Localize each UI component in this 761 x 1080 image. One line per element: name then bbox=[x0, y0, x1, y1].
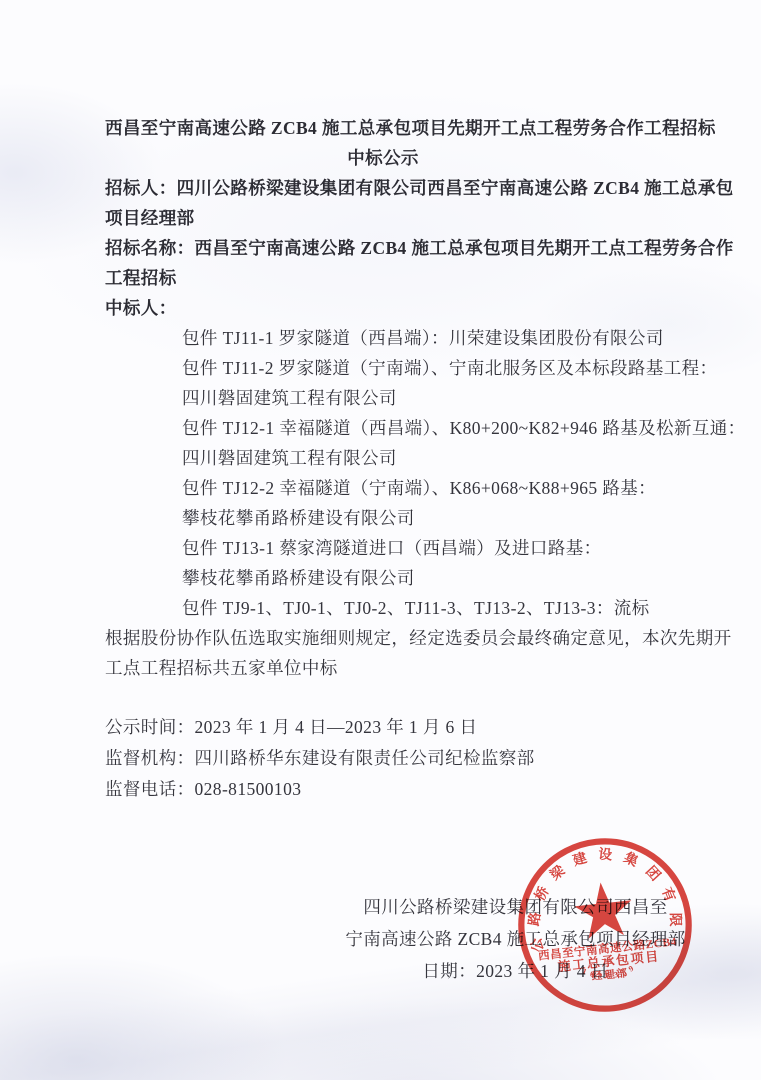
failed-packages-line: 包件 TJ9-1、TJ0-1、TJ0-2、TJ11-3、TJ13-2、TJ13-… bbox=[105, 593, 661, 623]
star-icon bbox=[572, 880, 635, 940]
notice-info-block: 公示时间：2023 年 1 月 4 日—2023 年 1 月 6 日 监督机构：… bbox=[105, 712, 661, 805]
winners-heading: 中标人： bbox=[105, 293, 661, 323]
supervision-agency-line: 监督机构：四川路桥华东建设有限责任公司纪检监察部 bbox=[105, 743, 661, 774]
document-title-line1: 西昌至宁南高速公路 ZCB4 施工总承包项目先期开工点工程劳务合作工程招标 bbox=[105, 113, 661, 143]
package-tj12-1-winner: 四川磐固建筑工程有限公司 bbox=[105, 443, 661, 473]
package-tj11-2-winner: 四川磐固建筑工程有限公司 bbox=[105, 383, 661, 413]
tender-name-line-cont: 工程招标 bbox=[105, 263, 661, 293]
document-body: 西昌至宁南高速公路 ZCB4 施工总承包项目先期开工点工程劳务合作工程招标 中标… bbox=[105, 113, 661, 683]
package-tj13-1-line: 包件 TJ13-1 蔡家湾隧道进口（西昌端）及进口路基： bbox=[105, 533, 661, 563]
closing-paragraph-line2: 工点工程招标共五家单位中标 bbox=[105, 653, 661, 683]
package-tj11-2-line: 包件 TJ11-2 罗家隧道（宁南端）、宁南北服务区及本标段路基工程： bbox=[105, 353, 661, 383]
closing-paragraph-line1: 根据股份协作队伍选取实施细则规定，经定选委员会最终确定意见，本次先期开 bbox=[105, 623, 661, 653]
tender-name-line: 招标名称：西昌至宁南高速公路 ZCB4 施工总承包项目先期开工点工程劳务合作 bbox=[105, 233, 661, 263]
publicity-period-line: 公示时间：2023 年 1 月 4 日—2023 年 1 月 6 日 bbox=[105, 712, 661, 743]
official-seal-graphic: 四川公路桥梁建设集团有限公司 西昌至宁南高速公路ZCB4 施工总承包项目 经理部… bbox=[507, 827, 703, 1023]
package-tj12-1-line: 包件 TJ12-1 幸福隧道（西昌端）、K80+200~K82+946 路基及松… bbox=[105, 413, 661, 443]
package-tj12-2-winner: 攀枝花攀甬路桥建设有限公司 bbox=[105, 503, 661, 533]
package-tj11-1-line: 包件 TJ11-1 罗家隧道（西昌端）：川荣建设集团股份有限公司 bbox=[105, 323, 661, 353]
package-tj12-2-line: 包件 TJ12-2 幸福隧道（宁南端）、K86+068~K88+965 路基： bbox=[105, 473, 661, 503]
tenderer-line-cont: 项目经理部 bbox=[105, 203, 661, 233]
package-tj13-1-winner: 攀枝花攀甬路桥建设有限公司 bbox=[105, 563, 661, 593]
supervision-phone-line: 监督电话：028-81500103 bbox=[105, 774, 661, 805]
scanned-document-page: 西昌至宁南高速公路 ZCB4 施工总承包项目先期开工点工程劳务合作工程招标 中标… bbox=[0, 0, 761, 1080]
tenderer-line: 招标人：四川公路桥梁建设集团有限公司西昌至宁南高速公路 ZCB4 施工总承包 bbox=[105, 173, 661, 203]
official-seal: 四川公路桥梁建设集团有限公司 西昌至宁南高速公路ZCB4 施工总承包项目 经理部… bbox=[507, 827, 703, 1023]
document-title-line2: 中标公示 bbox=[105, 143, 661, 173]
